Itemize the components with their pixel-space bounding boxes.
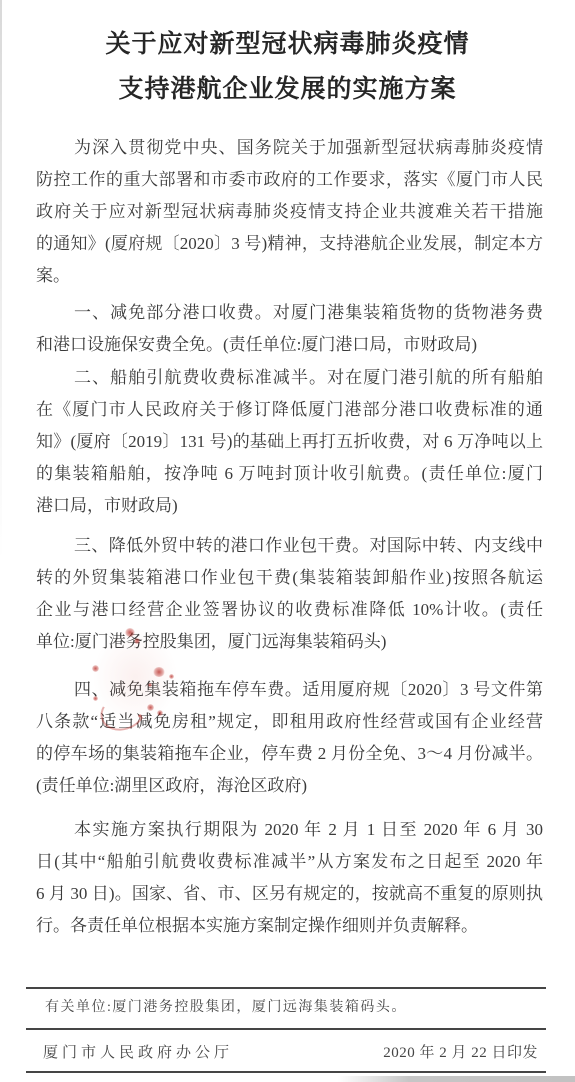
body-line: 日(其中“船舶引航费收费标准减半”从方案发布之日起至 2020 年 <box>36 846 543 878</box>
body-line: 和港口设施保安费全免。(责任单位:厦门港口局，市财政局) <box>36 329 543 361</box>
body-line: 企业与港口经营企业签署协议的收费标准降低 10%计收。(责任 <box>36 594 543 626</box>
body-line: 在《厦门市人民政府关于修订降低厦门港部分港口收费标准的通 <box>36 394 543 426</box>
paragraph: 三、降低外贸中转的港口作业包干费。对国际中转、内支线中转的外贸集装箱港口作业包干… <box>36 530 543 658</box>
footer-divider-top <box>26 987 546 989</box>
related-units-line: 有关单位:厦门港务控股集团，厦门远海集装箱码头。 <box>45 997 545 1019</box>
body-line: (责任单位:湖里区政府，海沧区政府) <box>36 770 543 802</box>
body-line: 防控工作的重大部署和市委市政府的工作要求，落实《厦门市人民 <box>36 164 543 196</box>
body-line: 三、降低外贸中转的港口作业包干费。对国际中转、内支线中 <box>36 530 543 562</box>
print-date: 2020 年 2 月 22 日印发 <box>383 1042 538 1064</box>
paragraph: 四、减免集装箱拖车停车费。适用厦府规〔2020〕3 号文件第八条款“适当减免房租… <box>36 674 543 802</box>
body-line: 一、减免部分港口收费。对厦门港集装箱货物的货物港务费 <box>36 297 543 329</box>
scan-edge-shadow <box>0 0 2 560</box>
footer-divider-bottom <box>26 1071 546 1073</box>
body-line: 二、船舶引航费收费标准减半。对在厦门港引航的所有船舶 <box>36 362 543 394</box>
paragraph: 本实施方案执行期限为 2020 年 2 月 1 日至 2020 年 6 月 30… <box>36 814 543 942</box>
paragraph: 一、减免部分港口收费。对厦门港集装箱货物的货物港务费和港口设施保安费全免。(责任… <box>36 297 543 361</box>
paragraph: 二、船舶引航费收费标准减半。对在厦门港引航的所有船舶在《厦门市人民政府关于修订降… <box>36 362 543 522</box>
body-line: 转的外贸集装箱港口作业包干费(集装箱装卸船作业)按照各航运 <box>36 562 543 594</box>
body-line: 知》(厦府〔2019〕131 号)的基础上再打五折收费，对 6 万净吨以上 <box>36 426 543 458</box>
issuing-office: 厦门市人民政府办公厅 <box>43 1042 233 1064</box>
title-line-1: 关于应对新型冠状病毒肺炎疫情 <box>0 22 575 67</box>
scan-edge-shadow <box>338 1076 575 1082</box>
body-line: 6 月 30 日)。国家、省、市、区另有规定的，按就高不重复的原则执 <box>36 878 543 910</box>
imprint-row: 厦门市人民政府办公厅 2020 年 2 月 22 日印发 <box>43 1042 538 1064</box>
body-line: 为深入贯彻党中央、国务院关于加强新型冠状病毒肺炎疫情 <box>36 132 543 164</box>
body-line: 的通知》(厦府规〔2020〕3 号)精神，支持港航企业发展，制定本方 <box>36 228 543 260</box>
document-body: 为深入贯彻党中央、国务院关于加强新型冠状病毒肺炎疫情防控工作的重大部署和市委市政… <box>36 132 543 942</box>
document-page: 关于应对新型冠状病毒肺炎疫情 支持港航企业发展的实施方案 为深入贯彻党中央、国务… <box>0 0 575 1082</box>
title-line-2: 支持港航企业发展的实施方案 <box>0 67 575 112</box>
body-line: 案。 <box>36 260 543 292</box>
body-line: 四、减免集装箱拖车停车费。适用厦府规〔2020〕3 号文件第 <box>36 674 543 706</box>
document-title: 关于应对新型冠状病毒肺炎疫情 支持港航企业发展的实施方案 <box>0 22 575 112</box>
body-line: 的停车场的集装箱拖车企业，停车费 2 月份全免、3～4 月份减半。 <box>36 738 543 770</box>
body-line: 政府关于应对新型冠状病毒肺炎疫情支持企业共渡难关若干措施 <box>36 196 543 228</box>
body-line: 单位:厦门港务控股集团，厦门远海集装箱码头) <box>36 626 543 658</box>
body-line: 行。各责任单位根据本实施方案制定操作细则并负责解释。 <box>36 910 543 942</box>
body-line: 港口局，市财政局) <box>36 490 543 522</box>
body-line: 八条款“适当减免房租”规定，即租用政府性经营或国有企业经营 <box>36 706 543 738</box>
footer-divider-middle <box>26 1028 546 1030</box>
paragraph: 为深入贯彻党中央、国务院关于加强新型冠状病毒肺炎疫情防控工作的重大部署和市委市政… <box>36 132 543 292</box>
body-line: 本实施方案执行期限为 2020 年 2 月 1 日至 2020 年 6 月 30 <box>36 814 543 846</box>
body-line: 的集装箱船舶，按净吨 6 万吨封顶计收引航费。(责任单位:厦门 <box>36 458 543 490</box>
